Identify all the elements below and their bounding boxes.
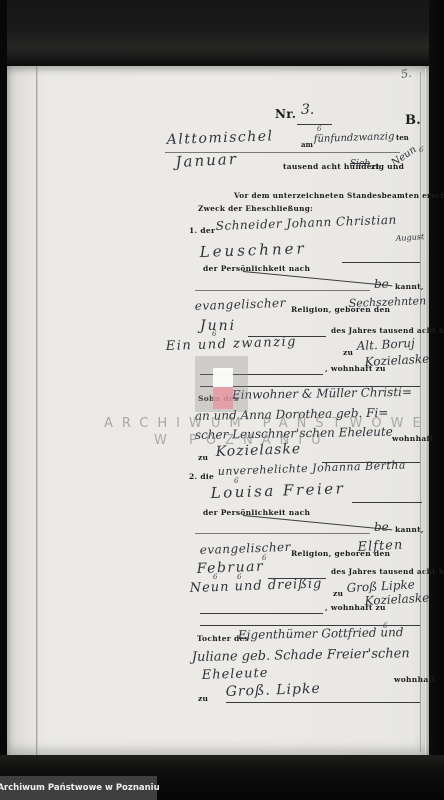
record-month-handwritten: Januar: [175, 150, 238, 171]
bride-birth-month: Februar: [196, 559, 264, 577]
printed-jahres-1: des Jahres tausend acht hundert: [331, 326, 444, 335]
record-number-label: Nr.: [275, 107, 296, 121]
bride-bekannt-handwritten: be: [374, 520, 389, 534]
party2-label: 2. die: [189, 472, 214, 481]
archive-scan-viewer: { "watermark": { "line1": "ARCHIWUM PAŃS…: [0, 0, 444, 800]
watermark-text-line2: W POZNANIU: [154, 433, 330, 448]
rule-line: [352, 502, 422, 503]
correction-mark: 6: [317, 125, 321, 133]
section-letter: B.: [405, 113, 421, 128]
bride-parents-residence: Groß. Lipke: [225, 681, 321, 700]
printed-zu-1: zu: [343, 348, 353, 357]
page-number: 5.: [400, 67, 412, 81]
rule-line: [297, 124, 332, 125]
printed-wohnhaft-2: wohnhaft: [394, 675, 436, 684]
page-edge-highlight: [425, 68, 426, 756]
groom-bekannt-handwritten: be: [374, 277, 389, 291]
correction-mark: 6: [262, 554, 266, 562]
intro-line-2: Zweck der Eheschließung:: [198, 204, 313, 213]
printed-kannt-2: kannt,: [395, 525, 424, 534]
archive-logo-white-field: [213, 368, 233, 387]
correction-mark: 6: [234, 477, 238, 485]
scan-border-top: [0, 0, 444, 67]
correction-mark: 6: [213, 573, 217, 581]
correction-mark: 6: [212, 330, 216, 338]
party1-label: 1. der: [189, 226, 215, 235]
printed-ten-suffix: ten: [396, 133, 409, 142]
rule-line: [195, 533, 370, 534]
printed-kannt-1: kannt,: [395, 282, 424, 291]
scan-border-left: [0, 0, 7, 800]
archive-logo-red-field: [213, 387, 233, 409]
rule-line: [195, 290, 370, 291]
rule-line: [200, 613, 323, 614]
correction-mark: 6: [383, 622, 387, 630]
bride-parents-line1: Eigenthümer Gottfried und: [238, 625, 404, 642]
year-word-struck: Sieb: [350, 159, 370, 169]
groom-birth-month: Juni: [200, 318, 236, 334]
printed-zu-4: zu: [198, 694, 208, 703]
correction-mark: 6: [237, 573, 241, 581]
intro-line-1: Vor dem unterzeichneten Standesbeamten e…: [234, 191, 444, 200]
groom-birth-day: Sechszehnten: [349, 294, 427, 310]
rule-line: [342, 262, 420, 263]
printed-wohnhaft-1: wohnhaft: [392, 434, 434, 443]
printed-am: am: [301, 140, 313, 149]
watermark-text-line1: ARCHIWUM PAŃSTWOWE: [104, 416, 430, 431]
form-margin-line: [420, 72, 421, 752]
archive-footer-label: Archiwum Państwowe w Poznaniu: [0, 783, 160, 793]
printed-zu-2: zu: [198, 453, 208, 462]
printed-jahres-2: des Jahres tausend acht hundert: [331, 567, 444, 576]
printed-zu-3: zu: [333, 589, 343, 598]
groom-surname: Leuschner: [199, 239, 307, 261]
binding-crease: [36, 66, 38, 757]
footer-bar: Archiwum Państwowe w Poznaniu: [0, 776, 157, 800]
correction-mark: 6: [419, 146, 423, 154]
bride-birth-day: Elften: [357, 538, 403, 555]
rule-line: [226, 702, 420, 703]
bride-parents-line3: Eheleute: [201, 666, 268, 683]
record-number-value: 3.: [301, 102, 314, 118]
